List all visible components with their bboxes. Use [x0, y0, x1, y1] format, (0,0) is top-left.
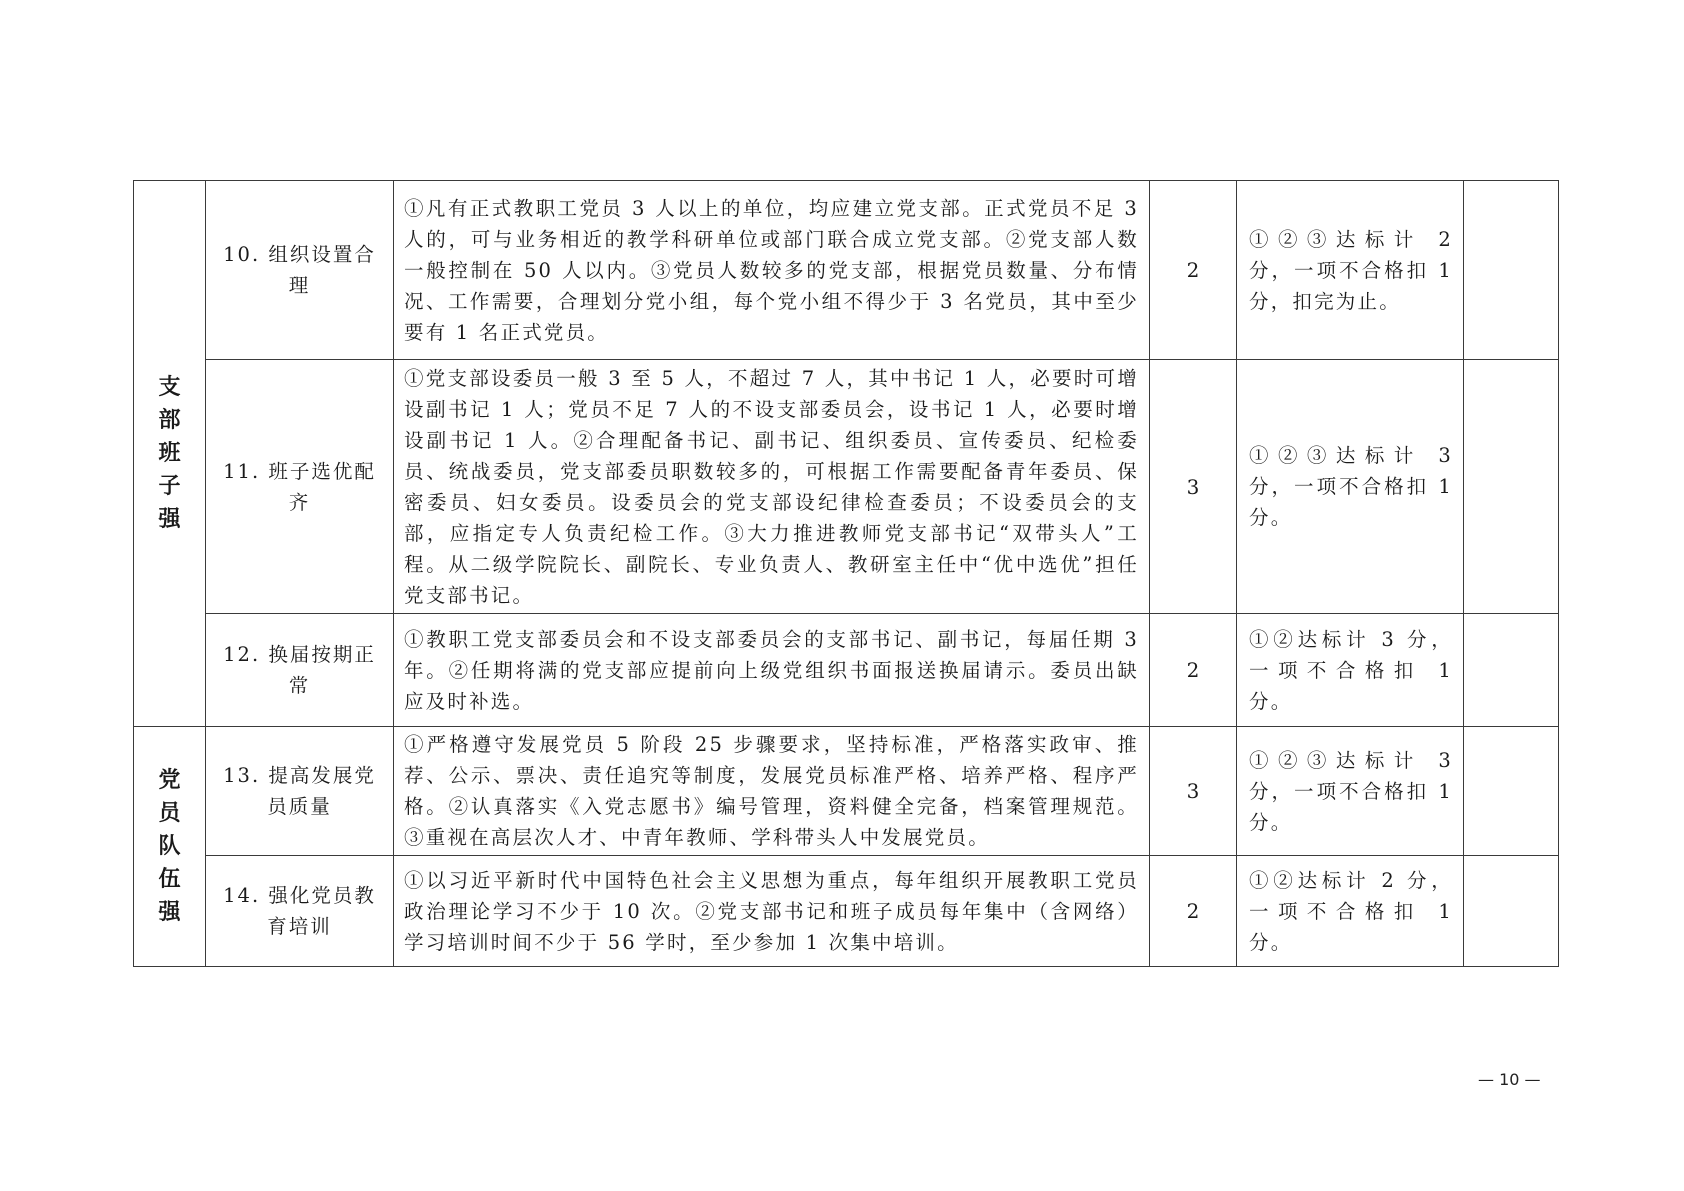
- requirement-cell: ①严格遵守发展党员 5 阶段 25 步骤要求，坚持标准，严格落实政审、推荐、公示…: [394, 727, 1150, 856]
- table-row: 党 员 队 伍 强 13. 提高发展党员质量 ①严格遵守发展党员 5 阶段 25…: [134, 727, 1559, 856]
- item-cell: 14. 强化党员教育培训: [206, 856, 394, 967]
- requirement-cell: ①教职工党支部委员会和不设支部委员会的支部书记、副书记，每届任期 3 年。②任期…: [394, 614, 1150, 727]
- requirement-cell: ①党支部设委员一般 3 至 5 人，不超过 7 人，其中书记 1 人，必要时可增…: [394, 360, 1150, 614]
- score-cell: 3: [1150, 360, 1237, 614]
- table-row: 11. 班子选优配齐 ①党支部设委员一般 3 至 5 人，不超过 7 人，其中书…: [134, 360, 1559, 614]
- item-cell: 10. 组织设置合理: [206, 181, 394, 360]
- category-cell: 党 员 队 伍 强: [134, 727, 206, 967]
- item-cell: 11. 班子选优配齐: [206, 360, 394, 614]
- score-cell: 3: [1150, 727, 1237, 856]
- scoring-rule-cell: ①②③达标计 2 分，一项不合格扣 1 分，扣完为止。: [1237, 181, 1464, 360]
- item-cell: 12. 换届按期正常: [206, 614, 394, 727]
- table-row: 12. 换届按期正常 ①教职工党支部委员会和不设支部委员会的支部书记、副书记，每…: [134, 614, 1559, 727]
- scoring-rule-cell: ①②达标计 3 分，一项不合格扣 1 分。: [1237, 614, 1464, 727]
- evaluation-table: 支 部 班 子 强 10. 组织设置合理 ①凡有正式教职工党员 3 人以上的单位…: [133, 180, 1559, 967]
- remark-cell: [1464, 614, 1559, 727]
- category-cell: 支 部 班 子 强: [134, 181, 206, 727]
- page-number: — 10 —: [1478, 1070, 1541, 1089]
- remark-cell: [1464, 181, 1559, 360]
- table-row: 14. 强化党员教育培训 ①以习近平新时代中国特色社会主义思想为重点，每年组织开…: [134, 856, 1559, 967]
- table-row: 支 部 班 子 强 10. 组织设置合理 ①凡有正式教职工党员 3 人以上的单位…: [134, 181, 1559, 360]
- document-page: 支 部 班 子 强 10. 组织设置合理 ①凡有正式教职工党员 3 人以上的单位…: [0, 0, 1684, 1191]
- score-cell: 2: [1150, 614, 1237, 727]
- remark-cell: [1464, 360, 1559, 614]
- remark-cell: [1464, 856, 1559, 967]
- item-cell: 13. 提高发展党员质量: [206, 727, 394, 856]
- remark-cell: [1464, 727, 1559, 856]
- requirement-cell: ①凡有正式教职工党员 3 人以上的单位，均应建立党支部。正式党员不足 3 人的，…: [394, 181, 1150, 360]
- scoring-rule-cell: ①②达标计 2 分，一项不合格扣 1 分。: [1237, 856, 1464, 967]
- scoring-rule-cell: ①②③达标计 3 分，一项不合格扣 1 分。: [1237, 360, 1464, 614]
- requirement-cell: ①以习近平新时代中国特色社会主义思想为重点，每年组织开展教职工党员政治理论学习不…: [394, 856, 1150, 967]
- score-cell: 2: [1150, 181, 1237, 360]
- score-cell: 2: [1150, 856, 1237, 967]
- scoring-rule-cell: ①②③达标计 3 分，一项不合格扣 1 分。: [1237, 727, 1464, 856]
